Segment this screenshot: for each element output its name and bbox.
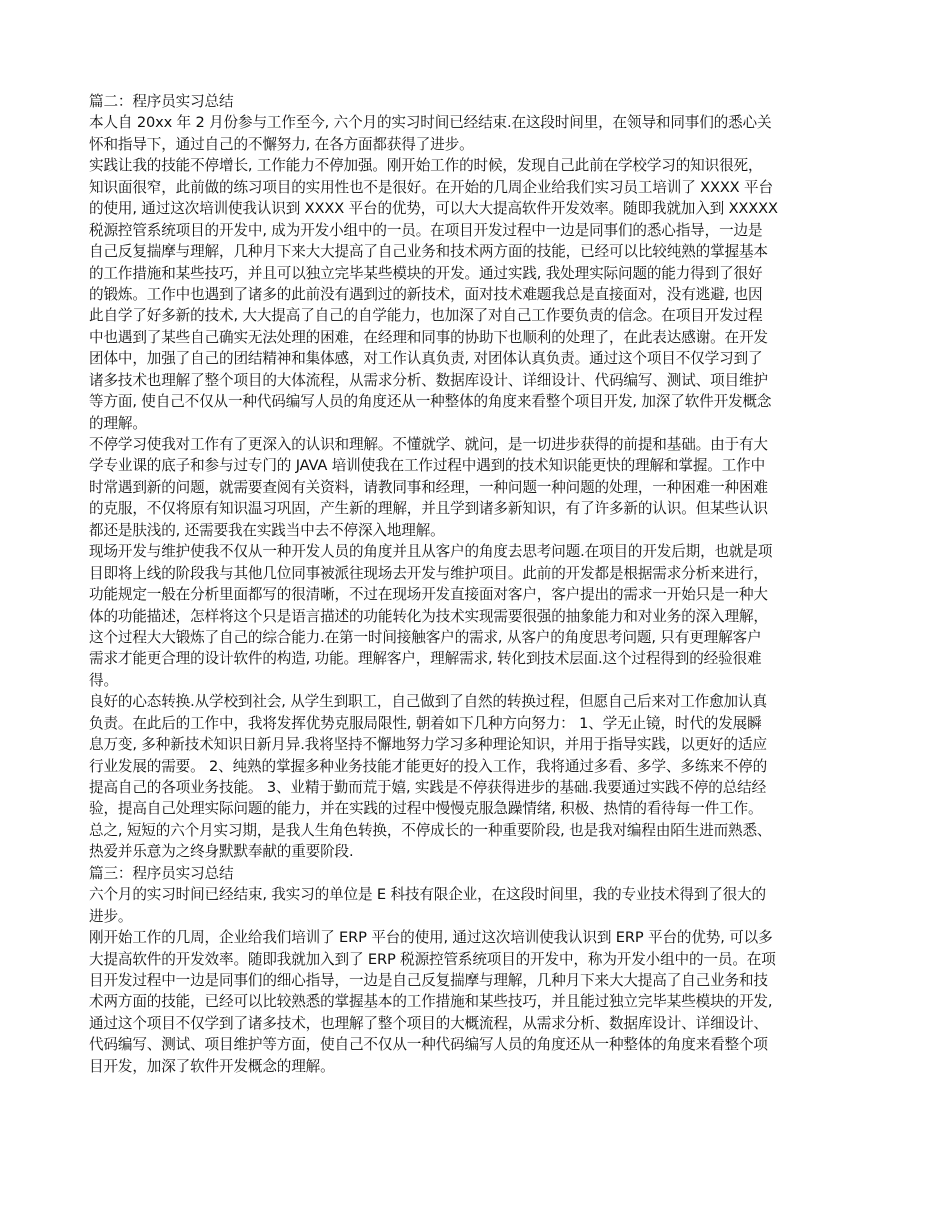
text-line: 篇三：程序员实习总结	[89, 863, 864, 884]
text-line: 的使用, 通过这次培训使我认识到 XXXX 平台的优势，可以大大提高软件开发效率…	[89, 198, 864, 219]
text-line: 自己反复揣摩与理解，几种月下来大大提高了自己业务和技术两方面的技能，已经可以比较…	[89, 241, 864, 262]
text-line: 目开发，加深了软件开发概念的理解。	[89, 1056, 864, 1077]
text-line: 这个过程大大锻炼了自己的综合能力.在第一时间接触客户的需求, 从客户的角度思考问…	[89, 627, 864, 648]
text-line: 团体中，加强了自己的团结精神和集体感，对工作认真负责, 对团体认真负责。通过这个…	[89, 348, 864, 369]
text-line: 篇二：程序员实习总结	[89, 91, 864, 112]
text-line: 中也遇到了某些自己确实无法处理的困难，在经理和同事的协助下也顺利的处理了，在此表…	[89, 327, 864, 348]
text-line: 此自学了好多新的技术, 大大提高了自己的自学能力，也加深了对自己工作要负责的信念…	[89, 305, 864, 326]
text-line: 怀和指导下，通过自己的不懈努力, 在各方面都获得了进步。	[89, 134, 864, 155]
text-line: 诸多技术也理解了整个项目的大体流程，从需求分析、数据库设计、详细设计、代码编写、…	[89, 370, 864, 391]
text-line: 实践让我的技能不停增长, 工作能力不停加强。刚开始工作的时候，发现自己此前在学校…	[89, 155, 864, 176]
text-line: 验，提高自己处理实际问题的能力，并在实践的过程中慢慢克服急躁情绪, 积极、热情的…	[89, 798, 864, 819]
text-line: 学专业课的底子和参与过专门的 JAVA 培训使我在工作过程中遇到的技术知识能更快…	[89, 455, 864, 476]
text-line: 的锻炼。工作中也遇到了诸多的此前没有遇到过的新技术，面对技术难题我总是直接面对，…	[89, 284, 864, 305]
text-line: 体的功能描述，怎样将这个只是语言描述的功能转化为技术实现需要很强的抽象能力和对业…	[89, 606, 864, 627]
text-line: 良好的心态转换.从学校到社会, 从学生到职工，自己做到了自然的转换过程，但愿自己…	[89, 691, 864, 712]
text-line: 本人自 20xx 年 2 月份参与工作至今, 六个月的实习时间已经结束.在这段时…	[89, 112, 864, 133]
text-line: 术两方面的技能，已经可以比较熟悉的掌握基本的工作措施和某些技巧，并且能过独立完毕…	[89, 991, 864, 1012]
text-line: 目即将上线的阶段我与其他几位同事被派往现场去开发与维护项目。此前的开发都是根据需…	[89, 563, 864, 584]
text-line: 的工作措施和某些技巧，并且可以独立完毕某些模块的开发。通过实践, 我处理实际问题…	[89, 263, 864, 284]
text-line: 代码编写、测试、项目维护等方面，使自己不仅从一种代码编写人员的角度还从一种整体的…	[89, 1034, 864, 1055]
text-line: 息万变, 多种新技术知识日新月异.我将坚持不懈地努力学习多种理论知识，并用于指导…	[89, 734, 864, 755]
text-line: 总之, 短短的六个月实习期，是我人生角色转换，不停成长的一种重要阶段, 也是我对…	[89, 820, 864, 841]
text-line: 的克服，不仅将原有知识温习巩固，产生新的理解，并且学到诸多新知识，有了许多新的认…	[89, 498, 864, 519]
text-line: 的理解。	[89, 413, 864, 434]
text-line: 大提高软件的开发效率。随即我就加入到了 ERP 税源控管系统项目的开发中，称为开…	[89, 949, 864, 970]
text-line: 都还是肤浅的, 还需要我在实践当中去不停深入地理解。	[89, 520, 864, 541]
text-line: 功能规定一般在分析里面都写的很清晰，不过在现场开发直接面对客户，客户提出的需求一…	[89, 584, 864, 605]
text-line: 现场开发与维护使我不仅从一种开发人员的角度并且从客户的角度去思考问题.在项目的开…	[89, 541, 864, 562]
text-line: 税源控管系统项目的开发中, 成为开发小组中的一员。在项目开发过程中一边是同事们的…	[89, 220, 864, 241]
text-line: 行业发展的需要。 2、纯熟的掌握多种业务技能才能更好的投入工作，我将通过多看、多…	[89, 756, 864, 777]
text-line: 等方面, 使自己不仅从一种代码编写人员的角度还从一种整体的角度来看整个项目开发,…	[89, 391, 864, 412]
text-line: 不停学习使我对工作有了更深入的认识和理解。不懂就学、就问，是一切进步获得的前提和…	[89, 434, 864, 455]
text-line: 目开发过程中一边是同事们的细心指导，一边是自己反复揣摩与理解，几种月下来大大提高…	[89, 970, 864, 991]
text-line: 提高自己的各项业务技能。 3、业精于勤而荒于嬉, 实践是不停获得进步的基础.我要…	[89, 777, 864, 798]
text-line: 刚开始工作的几周，企业给我们培训了 ERP 平台的使用, 通过这次培训使我认识到…	[89, 927, 864, 948]
text-line: 进步。	[89, 906, 864, 927]
text-line: 时常遇到新的问题，就需要查阅有关资料，请教同事和经理，一种问题一种问题的处理，一…	[89, 477, 864, 498]
text-line: 知识面很窄，此前做的练习项目的实用性也不是很好。在开始的几周企业给我们实习员工培…	[89, 177, 864, 198]
text-line: 通过这个项目不仅学到了诸多技术，也理解了整个项目的大概流程，从需求分析、数据库设…	[89, 1013, 864, 1034]
document-body: 篇二：程序员实习总结本人自 20xx 年 2 月份参与工作至今, 六个月的实习时…	[89, 91, 864, 1077]
text-line: 需求才能更合理的设计软件的构造, 功能。理解客户，理解需求, 转化到技术层面.这…	[89, 648, 864, 669]
text-line: 得。	[89, 670, 864, 691]
text-line: 热爱并乐意为之终身默默奉献的重要阶段.	[89, 841, 864, 862]
text-line: 六个月的实习时间已经结束, 我实习的单位是 E 科技有限企业，在这段时间里，我的…	[89, 884, 864, 905]
text-line: 负责。在此后的工作中，我将发挥优势克服局限性, 朝着如下几种方向努力： 1、学无…	[89, 713, 864, 734]
